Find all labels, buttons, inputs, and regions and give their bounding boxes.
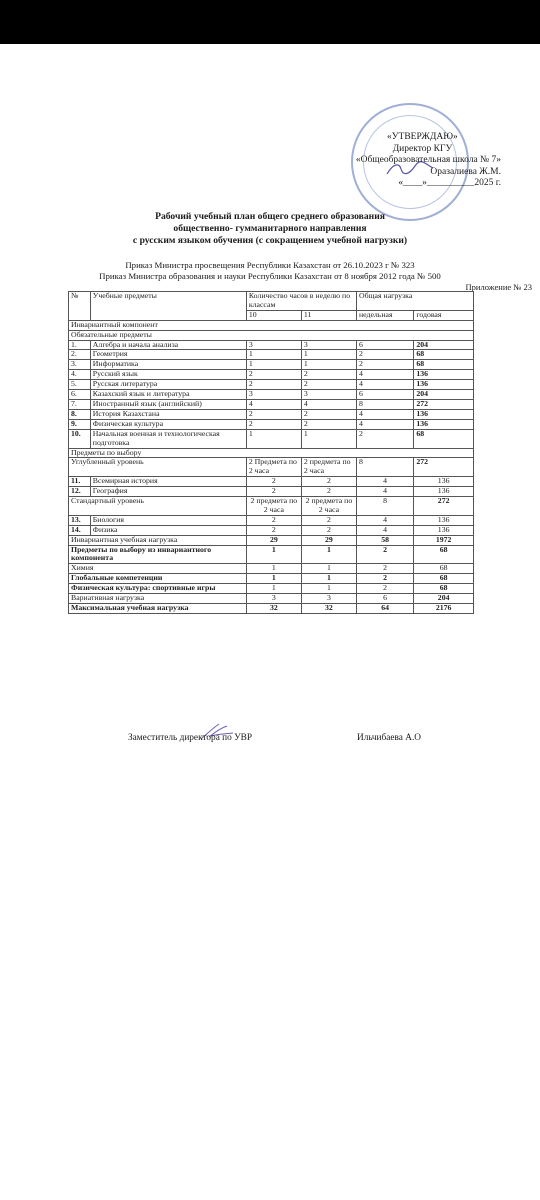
standard-level-row: Стандартный уровень2 предмета по 2 часа2… <box>69 497 474 516</box>
table-row: 9.Физическая культура224136 <box>69 419 474 429</box>
invariant-component-row: Инвариантный компонент <box>69 320 474 330</box>
grade-11-hours: 29 <box>301 535 356 545</box>
header-grade-11: 11 <box>301 310 356 320</box>
weekly-load: 4 <box>356 525 413 535</box>
row-number: 1. <box>69 340 91 350</box>
weekly-load: 4 <box>356 370 413 380</box>
chemistry-row: Химия11268 <box>69 564 474 574</box>
grade-11-hours: 1 <box>301 360 356 370</box>
grade-11-hours: 1 <box>301 350 356 360</box>
summary-name: Максимальная учебная нагрузка <box>69 604 247 614</box>
subject-name: История Казахстана <box>90 409 246 419</box>
grade-10-hours: 2 Предмета по 2 часа <box>246 458 301 477</box>
title-line-3: с русским языком обучения (с сокращением… <box>0 235 540 247</box>
weekly-load: 4 <box>356 380 413 390</box>
summary-name: Стандартный уровень <box>69 497 247 516</box>
grade-11-hours: 4 <box>301 399 356 409</box>
yearly-load: 136 <box>414 487 474 497</box>
grade-10-hours: 3 <box>246 340 301 350</box>
variative-load-row: Вариативная нагрузка336204 <box>69 594 474 604</box>
grade-11-hours: 2 <box>301 525 356 535</box>
grade-11-hours: 2 <box>301 419 356 429</box>
summary-name: Вариативная нагрузка <box>69 594 247 604</box>
row-number: 12. <box>69 487 91 497</box>
approval-line-2: Директор КГУ <box>356 144 501 156</box>
elective-subjects-row: Предметы по выбору <box>69 448 474 458</box>
grade-10-hours: 4 <box>246 399 301 409</box>
table-row: 1.Алгебра и начала анализа336204 <box>69 340 474 350</box>
yearly-load: 272 <box>414 497 474 516</box>
weekly-load: 4 <box>356 477 413 487</box>
grade-10-hours: 2 <box>246 419 301 429</box>
yearly-load: 68 <box>414 545 474 564</box>
yearly-load: 136 <box>414 409 474 419</box>
grade-10-hours: 1 <box>246 574 301 584</box>
weekly-load: 8 <box>356 458 413 477</box>
table-row: 6.Казахский язык и литература336204 <box>69 390 474 400</box>
summary-name: Химия <box>69 564 247 574</box>
title-line-1: Рабочий учебный план общего среднего обр… <box>0 211 540 223</box>
approval-line-3: «Общеобразовательная школа № 7» <box>356 155 501 167</box>
weekly-load: 4 <box>356 409 413 419</box>
grade-11-hours: 1 <box>301 584 356 594</box>
weekly-load: 8 <box>356 497 413 516</box>
grade-11-hours: 1 <box>301 429 356 448</box>
header-subjects: Учебные предметы <box>90 292 246 321</box>
grade-10-hours: 1 <box>246 584 301 594</box>
table-row: 7.Иностранный язык (английский)448272 <box>69 399 474 409</box>
weekly-load: 58 <box>356 535 413 545</box>
weekly-load: 4 <box>356 419 413 429</box>
row-number: 13. <box>69 515 91 525</box>
grade-10-hours: 1 <box>246 429 301 448</box>
yearly-load: 136 <box>414 515 474 525</box>
subject-name: Начальная военная и технологическая подг… <box>90 429 246 448</box>
summary-name: Углубленный уровень <box>69 458 247 477</box>
approval-line-5: «____»__________2025 г. <box>356 178 501 190</box>
subject-name: География <box>90 487 246 497</box>
yearly-load: 68 <box>414 360 474 370</box>
grade-11-hours: 2 <box>301 409 356 419</box>
weekly-load: 6 <box>356 594 413 604</box>
yearly-load: 68 <box>414 564 474 574</box>
yearly-load: 204 <box>414 340 474 350</box>
table-row: 8.История Казахстана224136 <box>69 409 474 419</box>
row-number: 4. <box>69 370 91 380</box>
grade-10-hours: 2 <box>246 487 301 497</box>
grade-11-hours: 2 <box>301 515 356 525</box>
deputy-name: Ильчибаева А.О <box>357 733 421 743</box>
approval-line-1: «УТВЕРЖДАЮ» <box>356 132 501 144</box>
grade-10-hours: 3 <box>246 594 301 604</box>
global-competencies-row: Глобальные компетенции11268 <box>69 574 474 584</box>
yearly-load: 1972 <box>414 535 474 545</box>
invariant-load-row: Инвариантная учебная нагрузка2929581972 <box>69 535 474 545</box>
header-yearly: годовая <box>414 310 474 320</box>
yearly-load: 136 <box>414 525 474 535</box>
header-total-load: Общая нагрузка <box>356 292 473 311</box>
curriculum-table: № Учебные предметы Количество часов в не… <box>68 291 474 614</box>
approval-block: «УТВЕРЖДАЮ» Директор КГУ «Общеобразовате… <box>356 132 501 190</box>
row-number: 8. <box>69 409 91 419</box>
pe-sports-row: Физическая культура: спортивные игры1126… <box>69 584 474 594</box>
grade-10-hours: 29 <box>246 535 301 545</box>
header-weekly: недельная <box>356 310 413 320</box>
subject-name: Всемирная история <box>90 477 246 487</box>
grade-10-hours: 2 предмета по 2 часа <box>246 497 301 516</box>
header-grade-10: 10 <box>246 310 301 320</box>
grade-10-hours: 2 <box>246 380 301 390</box>
table-row: 10.Начальная военная и технологическая п… <box>69 429 474 448</box>
weekly-load: 2 <box>356 564 413 574</box>
row-number: 10. <box>69 429 91 448</box>
appendix-label: Приложение № 23 <box>466 282 532 292</box>
summary-name: Физическая культура: спортивные игры <box>69 584 247 594</box>
grade-11-hours: 2 предмета по 2 часа <box>301 458 356 477</box>
row-number: 9. <box>69 419 91 429</box>
weekly-load: 6 <box>356 390 413 400</box>
grade-11-hours: 2 <box>301 487 356 497</box>
row-number: 11. <box>69 477 91 487</box>
grade-11-hours: 2 <box>301 477 356 487</box>
yearly-load: 68 <box>414 584 474 594</box>
yearly-load: 2176 <box>414 604 474 614</box>
weekly-load: 8 <box>356 399 413 409</box>
weekly-load: 2 <box>356 545 413 564</box>
grade-10-hours: 3 <box>246 390 301 400</box>
summary-name: Глобальные компетенции <box>69 574 247 584</box>
row-number: 3. <box>69 360 91 370</box>
mandatory-subjects-row-label: Обязательные предметы <box>69 330 474 340</box>
weekly-load: 2 <box>356 584 413 594</box>
subject-name: Русская литература <box>90 380 246 390</box>
grade-10-hours: 2 <box>246 370 301 380</box>
row-number: 6. <box>69 390 91 400</box>
summary-name: Инвариантная учебная нагрузка <box>69 535 247 545</box>
yearly-load: 204 <box>414 390 474 400</box>
subject-name: Иностранный язык (английский) <box>90 399 246 409</box>
approval-line-4: Оразалиева Ж.М. <box>356 167 501 179</box>
grade-11-hours: 2 <box>301 370 356 380</box>
summary-name: Предметы по выбору из инвариантного комп… <box>69 545 247 564</box>
yearly-load: 204 <box>414 594 474 604</box>
max-load-row: Максимальная учебная нагрузка3232642176 <box>69 604 474 614</box>
table-row: 4.Русский язык224136 <box>69 370 474 380</box>
subject-name: Биология <box>90 515 246 525</box>
header-no: № <box>69 292 91 321</box>
deputy-position: Заместитель директора по УВР <box>128 733 252 743</box>
row-number: 2. <box>69 350 91 360</box>
weekly-load: 4 <box>356 487 413 497</box>
grade-11-hours: 32 <box>301 604 356 614</box>
subject-name: Физическая культура <box>90 419 246 429</box>
yearly-load: 68 <box>414 574 474 584</box>
grade-10-hours: 1 <box>246 564 301 574</box>
order-line-2: Приказ Министра образования и науки Респ… <box>0 271 540 282</box>
row-number: 14. <box>69 525 91 535</box>
order-line-1: Приказ Министра просвещения Республики К… <box>0 260 540 271</box>
invariant-electives-row: Предметы по выбору из инвариантного комп… <box>69 545 474 564</box>
table-header-row: № Учебные предметы Количество часов в не… <box>69 292 474 311</box>
grade-11-hours: 1 <box>301 564 356 574</box>
subject-name: Физика <box>90 525 246 535</box>
table-row: 14.Физика224136 <box>69 525 474 535</box>
grade-10-hours: 2 <box>246 515 301 525</box>
elective-subjects-row-label: Предметы по выбору <box>69 448 474 458</box>
table-row: 2.Геометрия11268 <box>69 350 474 360</box>
table-row: 5.Русская литература224136 <box>69 380 474 390</box>
yearly-load: 136 <box>414 419 474 429</box>
grade-11-hours: 2 предмета по 2 часа <box>301 497 356 516</box>
table-row: 11.Всемирная история224136 <box>69 477 474 487</box>
weekly-load: 2 <box>356 429 413 448</box>
grade-11-hours: 1 <box>301 545 356 564</box>
mandatory-subjects-row: Обязательные предметы <box>69 330 474 340</box>
yearly-load: 272 <box>414 458 474 477</box>
table-row: 13.Биология224136 <box>69 515 474 525</box>
weekly-load: 2 <box>356 350 413 360</box>
title-line-2: общественно- гумманитарного направления <box>0 223 540 235</box>
subject-name: Алгебра и начала анализа <box>90 340 246 350</box>
weekly-load: 4 <box>356 515 413 525</box>
grade-10-hours: 2 <box>246 477 301 487</box>
yearly-load: 136 <box>414 477 474 487</box>
grade-10-hours: 2 <box>246 525 301 535</box>
grade-11-hours: 3 <box>301 340 356 350</box>
weekly-load: 64 <box>356 604 413 614</box>
row-number: 7. <box>69 399 91 409</box>
top-black-bar <box>0 0 540 44</box>
weekly-load: 2 <box>356 574 413 584</box>
grade-11-hours: 3 <box>301 594 356 604</box>
subject-name: Геометрия <box>90 350 246 360</box>
yearly-load: 68 <box>414 429 474 448</box>
header-hours-per-week: Количество часов в неделю по классам <box>246 292 356 311</box>
grade-10-hours: 1 <box>246 350 301 360</box>
grade-11-hours: 2 <box>301 380 356 390</box>
grade-10-hours: 32 <box>246 604 301 614</box>
orders-block: Приказ Министра просвещения Республики К… <box>0 260 540 282</box>
yearly-load: 68 <box>414 350 474 360</box>
row-number: 5. <box>69 380 91 390</box>
table-row: 12.География224136 <box>69 487 474 497</box>
yearly-load: 272 <box>414 399 474 409</box>
yearly-load: 136 <box>414 380 474 390</box>
invariant-component-row-label: Инвариантный компонент <box>69 320 474 330</box>
advanced-level-row: Углубленный уровень2 Предмета по 2 часа2… <box>69 458 474 477</box>
grade-11-hours: 1 <box>301 574 356 584</box>
grade-10-hours: 2 <box>246 409 301 419</box>
grade-11-hours: 3 <box>301 390 356 400</box>
weekly-load: 6 <box>356 340 413 350</box>
document-title: Рабочий учебный план общего среднего обр… <box>0 211 540 247</box>
weekly-load: 2 <box>356 360 413 370</box>
table-row: 3.Информатика11268 <box>69 360 474 370</box>
subject-name: Русский язык <box>90 370 246 380</box>
grade-10-hours: 1 <box>246 360 301 370</box>
yearly-load: 136 <box>414 370 474 380</box>
grade-10-hours: 1 <box>246 545 301 564</box>
subject-name: Информатика <box>90 360 246 370</box>
subject-name: Казахский язык и литература <box>90 390 246 400</box>
